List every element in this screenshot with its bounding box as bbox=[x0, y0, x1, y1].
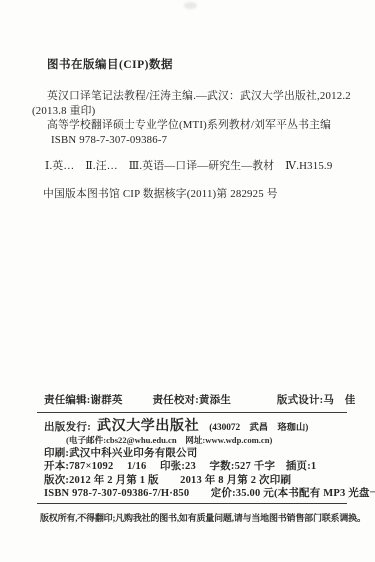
contact-line: (电子邮件:cbs22@whu.edu.cn 网址:www.wdp.com.cn… bbox=[66, 434, 365, 447]
cip-data-block: 图书在版编目(CIP)数据 英汉口译笔记法教程/汪涛主编.—武汉：武汉大学出版社… bbox=[32, 56, 355, 201]
divider-rule-bottom bbox=[37, 503, 347, 504]
publisher-name: 武汉大学出版社 bbox=[97, 419, 199, 434]
isbn-price-line: ISBN 978-7-307-09386-7/H·850 定价:35.00 元(… bbox=[44, 487, 365, 501]
publisher-address: (430072 武昌 珞珈山) bbox=[209, 423, 308, 433]
printer-line: 印刷:武汉中科兴业印务有限公司 bbox=[44, 447, 365, 461]
designer-credit: 版式设计:马 佳 bbox=[277, 392, 356, 407]
edition-line: 版次:2012 年 2 月第 1 版 2013 年 8 月第 2 次印刷 bbox=[44, 474, 365, 488]
format-line: 开本:787×1092 1/16 印张:23 字数:527 千字 插页:1 bbox=[44, 460, 365, 474]
cip-header: 图书在版编目(CIP)数据 bbox=[47, 56, 355, 72]
proofreader-credit: 责任校对:黄添生 bbox=[152, 392, 231, 407]
cip-title-line: 英汉口译笔记法教程/汪涛主编.—武汉：武汉大学出版社,2012.2 bbox=[32, 89, 355, 104]
publisher-label: 出版发行: bbox=[44, 422, 91, 433]
divider-rule-top bbox=[37, 412, 347, 413]
classification-line: Ⅰ.英… Ⅱ.汪… Ⅲ.英语—口译—研究生—教材 Ⅳ.H315.9 bbox=[32, 159, 355, 174]
publisher-row: 出版发行: 武汉大学出版社 (430072 武昌 珞珈山) bbox=[44, 417, 365, 434]
cip-record-line: 中国版本图书馆 CIP 数据核字(2011)第 282925 号 bbox=[32, 187, 355, 202]
imprint-block: 出版发行: 武汉大学出版社 (430072 武昌 珞珈山) (电子邮件:cbs2… bbox=[44, 417, 365, 501]
editor-credit: 责任编辑:谢群英 bbox=[44, 392, 123, 407]
scan-artifact bbox=[184, 2, 197, 9]
cip-reprint-line: (2013.8 重印) bbox=[32, 104, 355, 119]
copyright-notice: 版权所有,不得翻印;凡购我社的图书,如有质量问题,请与当地图书销售部门联系调换。 bbox=[40, 511, 366, 524]
cip-series-line: 高等学校翻译硕士专业学位(MTI)系列教材/刘军平丛书主编 bbox=[32, 118, 355, 133]
staff-credits-row: 责任编辑:谢群英 责任校对:黄添生 版式设计:马 佳 bbox=[44, 392, 355, 407]
cip-isbn-line: ISBN 978-7-307-09386-7 bbox=[32, 133, 355, 148]
colophon-page: 图书在版编目(CIP)数据 英汉口译笔记法教程/汪涛主编.—武汉：武汉大学出版社… bbox=[0, 0, 375, 562]
